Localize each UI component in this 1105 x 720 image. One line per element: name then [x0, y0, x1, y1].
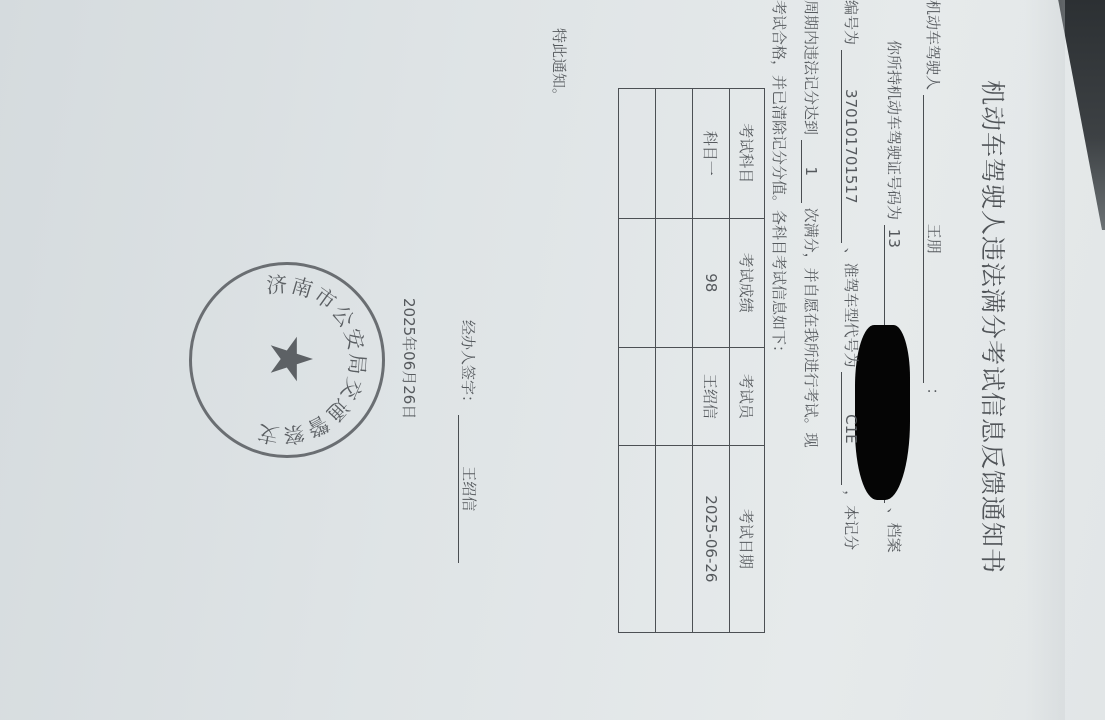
driver-label: 机动车驾驶人	[924, 0, 942, 90]
cell-date	[656, 445, 693, 632]
driver-name-field: 王朋	[923, 95, 945, 383]
driver-suffix: ：	[924, 388, 942, 403]
cell-date: 2025-06-26	[693, 445, 730, 632]
period-label: 周期内违法记分达到	[802, 0, 820, 135]
cell-date	[619, 445, 656, 632]
header-subject: 考试科目	[730, 89, 765, 219]
vehicle-class-field: C1E	[841, 372, 860, 485]
closing-text: 特此通知。	[549, 28, 570, 103]
cell-score	[656, 218, 693, 348]
period-line: 周期内违法记分达到 1 次满分，并自愿在我所进行考试。现	[801, 0, 822, 448]
cell-score: 98	[693, 218, 730, 348]
table-row	[619, 89, 656, 633]
header-date: 考试日期	[730, 445, 765, 632]
header-examiner: 考试员	[730, 348, 765, 446]
cell-subject	[656, 89, 693, 219]
license-number-visible: 13	[885, 229, 903, 248]
cell-subject: 科目一	[693, 89, 730, 219]
full-score-suffix: 次满分，并自愿在我所进行考试。现	[802, 208, 820, 448]
signature-field: 王绍信	[458, 415, 480, 563]
table-header-row: 考试科目 考试成绩 考试员 考试日期	[730, 89, 765, 633]
pass-line: 考试合格，并已清除记分分值。各科目考试信息如下：	[769, 0, 790, 360]
driver-line: 机动车驾驶人 王朋 ：	[923, 0, 945, 403]
header-score: 考试成绩	[730, 218, 765, 348]
cell-examiner	[656, 348, 693, 446]
star-icon: ★	[262, 333, 320, 385]
cell-subject	[619, 89, 656, 219]
table-row: 科目一 98 王绍信 2025-06-26	[693, 89, 730, 633]
notice-document: 机动车驾驶人违法满分考试信息反馈通知书 机动车驾驶人 王朋 ： 你所持机动车驾驶…	[40, 0, 1040, 620]
archive-number-label: 编号为	[842, 0, 860, 45]
license-label: 你所持机动车驾驶证号码为	[885, 40, 903, 220]
table-row	[656, 89, 693, 633]
full-score-times-field: 1	[801, 140, 820, 203]
period-prefix: ，本记分	[842, 490, 860, 550]
archive-number-field: 370101701517	[841, 50, 860, 243]
document-title: 机动车驾驶人违法满分考试信息反馈通知书	[976, 80, 1012, 640]
archive-label: 、档案	[885, 508, 903, 553]
stamp-date: 2025年06月26日	[399, 298, 420, 419]
cell-examiner	[619, 348, 656, 446]
archive-line: 编号为 370101701517 、准驾车型代号为 C1E ，本记分	[841, 0, 862, 550]
redaction-mark	[855, 325, 910, 500]
vehicle-class-label: 、准驾车型代号为	[842, 248, 860, 368]
official-seal: 济南市公安局交通警察支队 ★	[189, 262, 385, 458]
cell-examiner: 王绍信	[693, 348, 730, 446]
signature-label: 经办人签字：	[459, 320, 477, 410]
cell-score	[619, 218, 656, 348]
exam-info-table: 考试科目 考试成绩 考试员 考试日期 科目一 98 王绍信 2025-06-26	[618, 88, 765, 633]
signature-line: 经办人签字： 王绍信	[458, 320, 480, 563]
